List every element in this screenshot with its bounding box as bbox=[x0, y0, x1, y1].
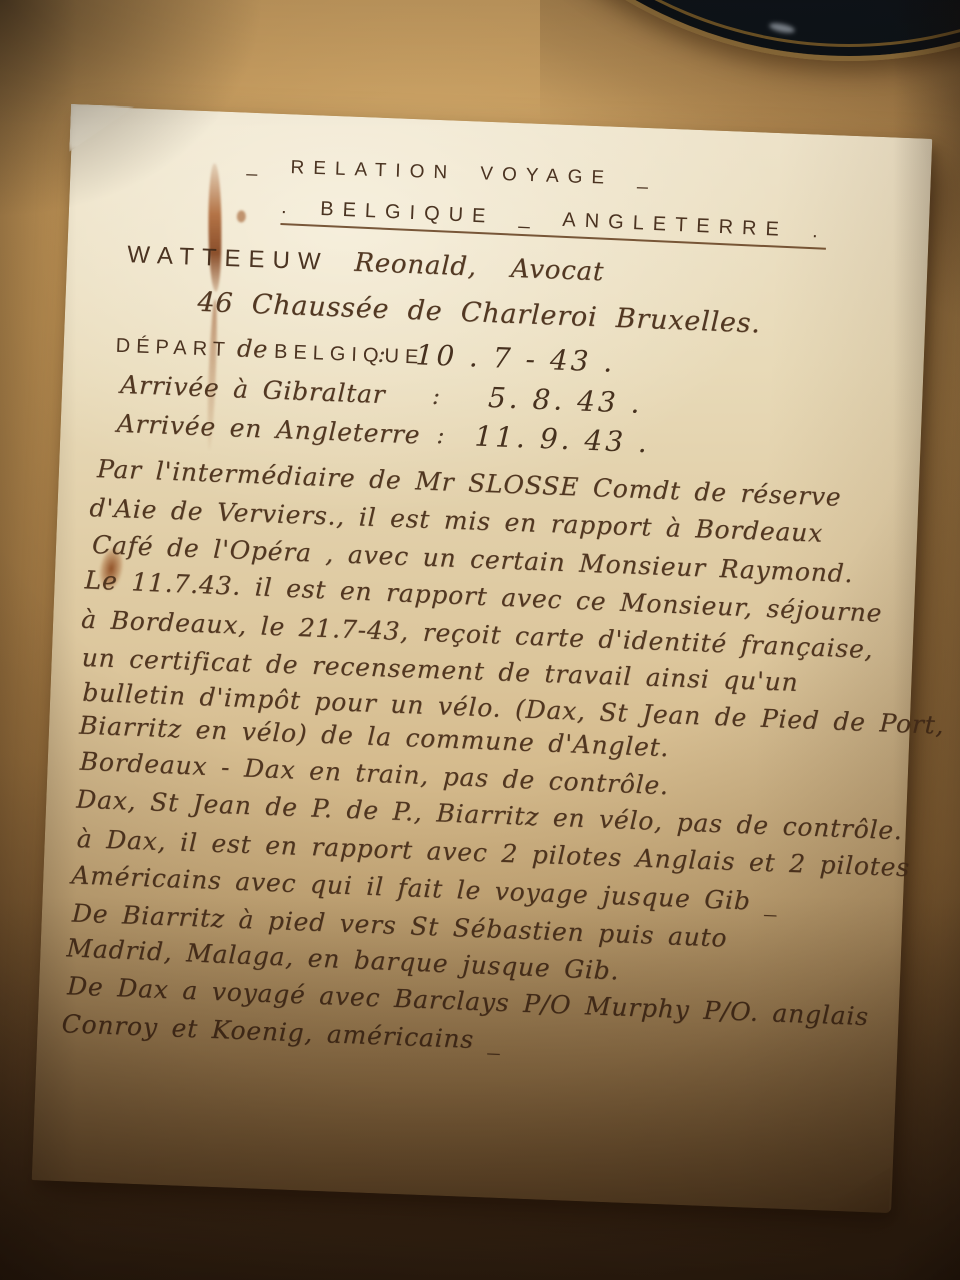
departure-label-caps1: DÉPART bbox=[115, 335, 231, 361]
doc-title-text: _ RELATION VOYAGE _ bbox=[246, 156, 657, 191]
address-line: 46 Chaussée de Charleroi Bruxelles. bbox=[197, 287, 761, 340]
date-line-departure: DÉPARTdeBELGIQUE : 10 . 7 - 43 . bbox=[115, 330, 425, 370]
gibraltar-date: 5. 8. 43 . bbox=[487, 381, 643, 420]
date-line-gibraltar: Arrivée à Gibraltar : 5. 8. 43 . bbox=[120, 370, 386, 409]
doc-title: _ RELATION VOYAGE _ bbox=[246, 156, 657, 192]
gibraltar-label: Arrivée à Gibraltar bbox=[120, 370, 386, 409]
england-label: Arrivée en Angleterre bbox=[116, 409, 421, 450]
rust-stain-dot bbox=[237, 210, 246, 222]
handwritten-line: Conroy et Koenig, américains _ bbox=[61, 1009, 501, 1055]
departure-date: 10 . 7 - 43 . bbox=[415, 338, 616, 379]
doc-subtitle: . BELGIQUE _ ANGLETERRE . bbox=[281, 196, 828, 244]
doc-subtitle-text: . BELGIQUE _ ANGLETERRE . bbox=[280, 196, 827, 250]
author-surname: WATTEEUW bbox=[127, 241, 329, 276]
england-date: 11. 9. 43 . bbox=[474, 420, 651, 460]
author-firstname: Reonald, bbox=[354, 248, 478, 283]
address-text: 46 Chaussée de Charleroi Bruxelles. bbox=[197, 287, 761, 340]
departure-label-caps2: BELGIQUE bbox=[274, 341, 425, 369]
photo-scene: _ RELATION VOYAGE _ . BELGIQUE _ ANGLETE… bbox=[0, 0, 960, 1280]
date-line-england: Arrivée en Angleterre : 11. 9. 43 . bbox=[116, 409, 421, 450]
author-line: WATTEEUWReonald,Avocat bbox=[127, 239, 605, 287]
gibraltar-colon: : bbox=[432, 382, 441, 410]
plate-glint bbox=[768, 21, 795, 34]
paper-corner-curl bbox=[819, 1164, 891, 1213]
departure-colon: : bbox=[377, 340, 386, 368]
england-colon: : bbox=[436, 421, 445, 449]
paper-corner-fold bbox=[69, 104, 135, 154]
departure-label-script: de bbox=[237, 334, 269, 363]
author-profession: Avocat bbox=[510, 254, 604, 288]
handwritten-document: _ RELATION VOYAGE _ . BELGIQUE _ ANGLETE… bbox=[32, 106, 933, 1213]
